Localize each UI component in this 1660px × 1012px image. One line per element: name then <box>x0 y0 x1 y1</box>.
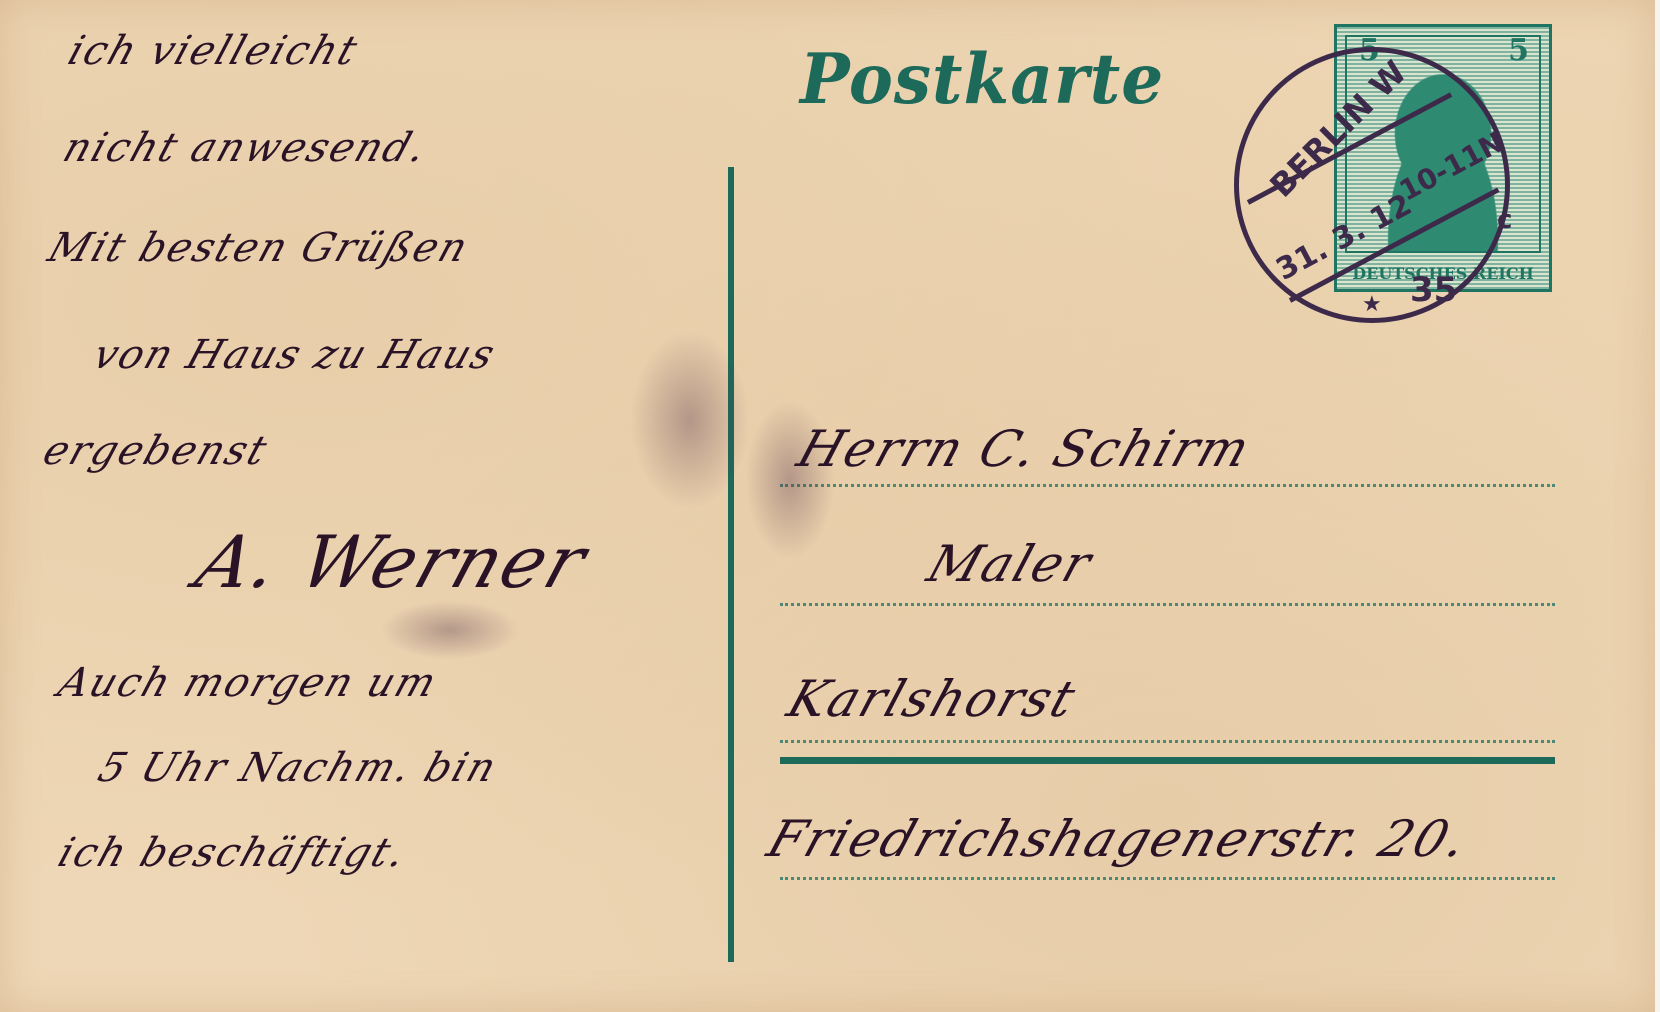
address-thick-rule <box>780 757 1555 764</box>
message-line-4: von Haus zu Haus <box>88 332 502 378</box>
stamp-value-right: 5 <box>1508 33 1529 68</box>
message-line-5: ergebenst <box>38 428 275 474</box>
address-line-3 <box>780 740 1555 743</box>
address-street: Friedrichshagenerstr. 20. <box>761 810 1477 868</box>
postmark-letter: c <box>1497 205 1512 235</box>
address-line-1 <box>780 484 1555 487</box>
address-line-4 <box>780 877 1555 880</box>
address-locality: Karlshorst <box>781 670 1085 728</box>
address-occupation: Maler <box>921 535 1100 593</box>
ink-smudge <box>380 600 520 660</box>
postmark-office: 35 <box>1410 270 1457 310</box>
address-line-2 <box>780 603 1555 606</box>
postmark-star-icon: ★ <box>1362 292 1382 317</box>
signature: A. Werner <box>186 520 598 604</box>
postkarte-title: Postkarte <box>800 38 1164 120</box>
postcard: Postkarte 5 5 DEUTSCHES REICH BERLIN W 3… <box>0 0 1655 1012</box>
vertical-divider <box>728 167 734 962</box>
scan-edge <box>1655 0 1660 1012</box>
ink-smudge <box>630 330 750 510</box>
message-line-8: 5 Uhr Nachm. bin <box>93 745 504 791</box>
address-recipient: Herrn C. Schirm <box>791 420 1259 478</box>
message-line-3: Mit besten Grüßen <box>43 225 476 271</box>
message-line-1: ich vielleicht <box>63 28 365 74</box>
message-line-2: nicht anwesend. <box>58 125 434 171</box>
message-line-9: ich beschäftigt. <box>53 830 414 876</box>
message-line-7: Auch morgen um <box>53 660 444 706</box>
